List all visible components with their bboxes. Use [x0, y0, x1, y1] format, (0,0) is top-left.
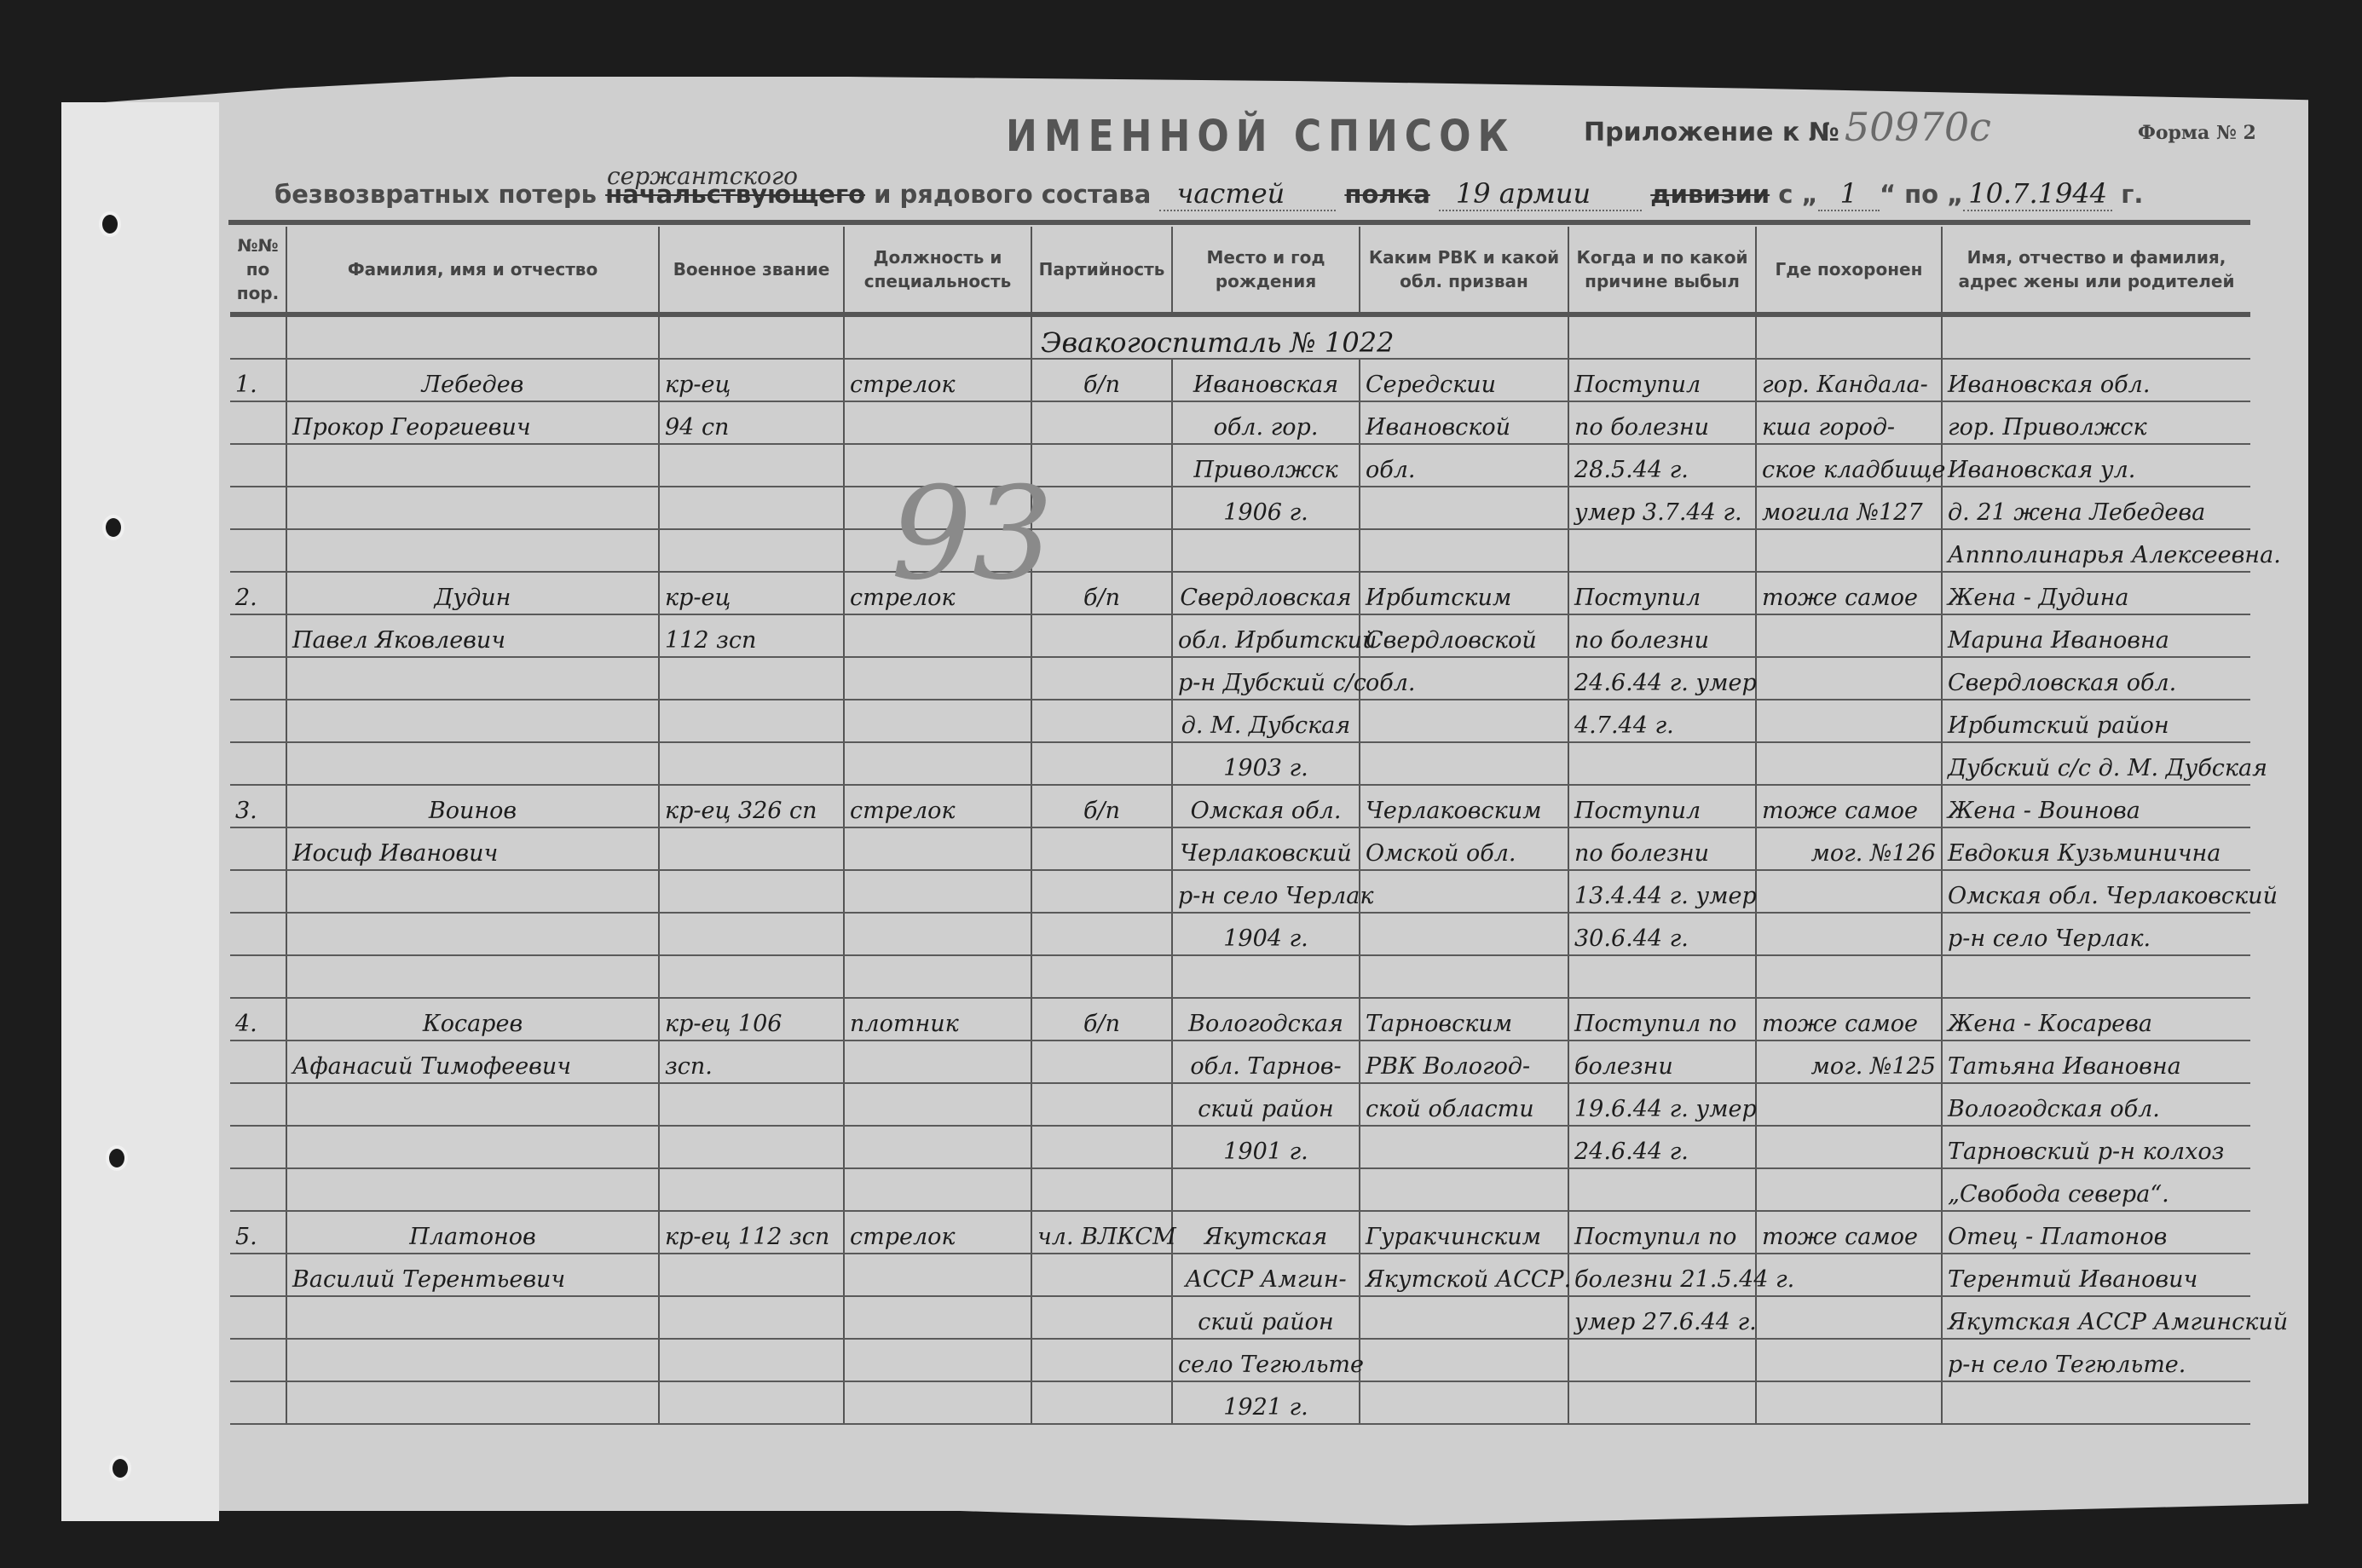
draft-office: [1360, 1381, 1568, 1424]
birth-place: 1901 г.: [1172, 1126, 1360, 1168]
position: [844, 529, 1031, 572]
unit-type: частей: [1159, 177, 1336, 211]
position: стрелок: [844, 1211, 1031, 1254]
table-row-continuation: село Тегюльтер-н село Тегюльте.: [230, 1339, 2250, 1381]
burial-place: мог. №126: [1756, 827, 1942, 870]
burial-place: тоже самое: [1756, 998, 1942, 1041]
punch-hole: [106, 518, 121, 537]
rank: 112 зсп: [659, 614, 844, 657]
draft-office: Омской обл.: [1360, 827, 1568, 870]
relatives: Отец - Платонов: [1942, 1211, 2250, 1254]
given-name: [286, 870, 659, 913]
given-name: [286, 1339, 659, 1381]
position: [844, 1296, 1031, 1339]
position: [844, 870, 1031, 913]
col-header-relatives: Имя, отчество и фамилия, адрес жены или …: [1942, 227, 2250, 314]
burial-place: [1756, 529, 1942, 572]
document-title: ИМЕННОЙ СПИСОК: [1006, 112, 1515, 162]
header-rule: [228, 220, 2250, 225]
burial-place: [1756, 913, 1942, 955]
table-row: 2.Дудинкр-ецстрелокб/пСвердловскаяИрбитс…: [230, 572, 2250, 614]
burial-place: могила №127: [1756, 487, 1942, 529]
given-name: [286, 1296, 659, 1339]
departure-reason: [1568, 955, 1756, 998]
burial-place: [1756, 955, 1942, 998]
row-number: [230, 444, 286, 487]
given-name: [286, 1083, 659, 1126]
given-name: [286, 955, 659, 998]
rank: [659, 529, 844, 572]
relatives: гор. Приволжск: [1942, 401, 2250, 444]
form-number: Форма № 2: [2138, 122, 2256, 144]
party: [1031, 401, 1172, 444]
row-number: [230, 401, 286, 444]
birth-place: р-н село Черлак: [1172, 870, 1360, 913]
rank: [659, 955, 844, 998]
given-name: [286, 487, 659, 529]
relatives: Жена - Воинова: [1942, 785, 2250, 827]
col-header-party: Партийность: [1031, 227, 1172, 314]
draft-office: [1360, 529, 1568, 572]
burial-place: [1756, 742, 1942, 785]
row-number: 1.: [230, 359, 286, 401]
row-number: [230, 827, 286, 870]
table-row-continuation: ский районской области19.6.44 г. умерВол…: [230, 1083, 2250, 1126]
departure-reason: 28.5.44 г.: [1568, 444, 1756, 487]
table-row: 4.Косаревкр-ец 106плотникб/пВологодскаяТ…: [230, 998, 2250, 1041]
party: [1031, 614, 1172, 657]
rank: зсп.: [659, 1041, 844, 1083]
departure-reason: [1568, 529, 1756, 572]
departure-reason: [1568, 1168, 1756, 1211]
party: чл. ВЛКСМ: [1031, 1211, 1172, 1254]
surname: Косарев: [286, 998, 659, 1041]
date-to: 10.7.1944: [1963, 177, 2112, 211]
rank: [659, 827, 844, 870]
draft-office: [1360, 1168, 1568, 1211]
rank: [659, 657, 844, 700]
draft-office: Ивановской: [1360, 401, 1568, 444]
row-number: [230, 1254, 286, 1296]
table-row-continuation: д. М. Дубская4.7.44 г.Ирбитский район: [230, 700, 2250, 742]
draft-office: Черлаковским: [1360, 785, 1568, 827]
departure-reason: Поступил: [1568, 785, 1756, 827]
position: [844, 955, 1031, 998]
departure-reason: 4.7.44 г.: [1568, 700, 1756, 742]
rank: [659, 1083, 844, 1126]
burial-place: [1756, 870, 1942, 913]
draft-office: Гуракчинским: [1360, 1211, 1568, 1254]
departure-reason: [1568, 1339, 1756, 1381]
surname: Воинов: [286, 785, 659, 827]
draft-office: [1360, 913, 1568, 955]
party: [1031, 742, 1172, 785]
appendix-number: 50970с: [1845, 104, 1991, 150]
burial-place: мог. №125: [1756, 1041, 1942, 1083]
burial-place: кша город-: [1756, 401, 1942, 444]
given-name: [286, 444, 659, 487]
draft-office: [1360, 1126, 1568, 1168]
rank: кр-ец 326 сп: [659, 785, 844, 827]
party: [1031, 1126, 1172, 1168]
draft-office: [1360, 870, 1568, 913]
party: б/п: [1031, 785, 1172, 827]
relatives: Вологодская обл.: [1942, 1083, 2250, 1126]
departure-reason: Поступил: [1568, 572, 1756, 614]
relatives: Евдокия Кузьминична: [1942, 827, 2250, 870]
table-row-continuation: 1903 г.Дубский с/с д. М. Дубская: [230, 742, 2250, 785]
col-header-number: №№ по пор.: [230, 227, 286, 314]
party: [1031, 1041, 1172, 1083]
surname: Дудин: [286, 572, 659, 614]
struck-division: дивизии: [1650, 180, 1770, 209]
departure-reason: по болезни: [1568, 401, 1756, 444]
birth-place: Якутская: [1172, 1211, 1360, 1254]
surname: Платонов: [286, 1211, 659, 1254]
relatives: Жена - Косарева: [1942, 998, 2250, 1041]
to-label: “ по „: [1880, 180, 1963, 209]
birth-place: Свердловская: [1172, 572, 1360, 614]
row-number: [230, 487, 286, 529]
position: стрелок: [844, 785, 1031, 827]
burial-place: тоже самое: [1756, 785, 1942, 827]
party: [1031, 827, 1172, 870]
birth-place: обл. гор.: [1172, 401, 1360, 444]
departure-reason: [1568, 1381, 1756, 1424]
table-row-continuation: Прокор Георгиевич94 спобл. гор.Ивановско…: [230, 401, 2250, 444]
draft-office: [1360, 1296, 1568, 1339]
position: [844, 1168, 1031, 1211]
birth-place: Вологодская: [1172, 998, 1360, 1041]
birth-place: 1903 г.: [1172, 742, 1360, 785]
row-number: [230, 614, 286, 657]
given-name: Павел Яковлевич: [286, 614, 659, 657]
rank: кр-ец: [659, 572, 844, 614]
departure-reason: Поступил по: [1568, 998, 1756, 1041]
birth-place: АССР Амгин-: [1172, 1254, 1360, 1296]
relatives: Омская обл. Черлаковский: [1942, 870, 2250, 913]
party: б/п: [1031, 572, 1172, 614]
birth-place: Омская обл.: [1172, 785, 1360, 827]
position: стрелок: [844, 572, 1031, 614]
table-row-continuation: Афанасий Тимофеевичзсп.обл. Тарнов-РВК В…: [230, 1041, 2250, 1083]
burial-place: тоже самое: [1756, 572, 1942, 614]
col-header-buried: Где похоронен: [1756, 227, 1942, 314]
birth-place: [1172, 1168, 1360, 1211]
given-name: [286, 1126, 659, 1168]
departure-reason: 19.6.44 г. умер: [1568, 1083, 1756, 1126]
birth-place: обл. Ирбитский: [1172, 614, 1360, 657]
party: [1031, 1381, 1172, 1424]
birth-place: 1921 г.: [1172, 1381, 1360, 1424]
departure-reason: 13.4.44 г. умер: [1568, 870, 1756, 913]
given-name: Иосиф Иванович: [286, 827, 659, 870]
table-row-continuation: р-н Дубский с/собл.24.6.44 г. умерСвердл…: [230, 657, 2250, 700]
party: [1031, 1254, 1172, 1296]
party: б/п: [1031, 998, 1172, 1041]
year-suffix: г.: [2121, 180, 2143, 209]
table-row-continuation: 1906 г.умер 3.7.44 г.могила №127д. 21 же…: [230, 487, 2250, 529]
relatives: Дубский с/с д. М. Дубская: [1942, 742, 2250, 785]
given-name: [286, 913, 659, 955]
burial-place: [1756, 1296, 1942, 1339]
position: [844, 401, 1031, 444]
row-number: 2.: [230, 572, 286, 614]
rank: [659, 1381, 844, 1424]
relatives: р-н село Черлак.: [1942, 913, 2250, 955]
relatives: Марина Ивановна: [1942, 614, 2250, 657]
row-number: [230, 1339, 286, 1381]
draft-office: [1360, 742, 1568, 785]
position: [844, 1126, 1031, 1168]
party: [1031, 1168, 1172, 1211]
rank: [659, 913, 844, 955]
draft-office: [1360, 955, 1568, 998]
row-number: [230, 700, 286, 742]
given-name: [286, 1381, 659, 1424]
row-number: [230, 1168, 286, 1211]
relatives: д. 21 жена Лебедева: [1942, 487, 2250, 529]
row-number: [230, 657, 286, 700]
position: [844, 657, 1031, 700]
row-number: [230, 1296, 286, 1339]
party: [1031, 870, 1172, 913]
relatives: Тарновский р-н колхоз: [1942, 1126, 2250, 1168]
party: [1031, 1296, 1172, 1339]
relatives: Татьяна Ивановна: [1942, 1041, 2250, 1083]
relatives: Свердловская обл.: [1942, 657, 2250, 700]
departure-reason: болезни 21.5.44 г.: [1568, 1254, 1756, 1296]
relatives: Ивановская обл.: [1942, 359, 2250, 401]
departure-reason: умер 27.6.44 г.: [1568, 1296, 1756, 1339]
birth-place: Ивановская: [1172, 359, 1360, 401]
departure-reason: умер 3.7.44 г.: [1568, 487, 1756, 529]
party: [1031, 1083, 1172, 1126]
row-number: 5.: [230, 1211, 286, 1254]
party: [1031, 529, 1172, 572]
table-row: 5.Платоновкр-ец 112 зспстрелокчл. ВЛКСМЯ…: [230, 1211, 2250, 1254]
given-name: Афанасий Тимофеевич: [286, 1041, 659, 1083]
rank: [659, 487, 844, 529]
draft-office: Середскии: [1360, 359, 1568, 401]
burial-place: [1756, 657, 1942, 700]
draft-office: Ирбитским: [1360, 572, 1568, 614]
position: [844, 742, 1031, 785]
table-row-continuation: 1921 г.: [230, 1381, 2250, 1424]
birth-place: Приволжск: [1172, 444, 1360, 487]
relatives: Терентий Иванович: [1942, 1254, 2250, 1296]
table-row-continuation: Приволжскобл.28.5.44 г.ское кладбищеИван…: [230, 444, 2250, 487]
table-row-continuation: Иосиф ИвановичЧерлаковскийОмской обл.по …: [230, 827, 2250, 870]
position: [844, 700, 1031, 742]
col-header-rvk: Каким РВК и какой обл. призван: [1360, 227, 1568, 314]
position: [844, 1041, 1031, 1083]
col-header-rank: Военное звание: [659, 227, 844, 314]
col-header-reason: Когда и по какой причине выбыл: [1568, 227, 1756, 314]
punch-hole: [109, 1149, 124, 1167]
appendix-label: Приложение к №: [1584, 118, 1839, 147]
appendix-reference: Приложение к №50970с: [1584, 104, 1991, 150]
row-number: [230, 1041, 286, 1083]
row-number: 4.: [230, 998, 286, 1041]
birth-place: д. М. Дубская: [1172, 700, 1360, 742]
table-row: 3.Воиновкр-ец 326 спстрелокб/пОмская обл…: [230, 785, 2250, 827]
row-number: [230, 913, 286, 955]
rank: [659, 870, 844, 913]
rank: [659, 700, 844, 742]
struck-regiment: полка: [1344, 180, 1429, 209]
position: [844, 444, 1031, 487]
birth-place: 1904 г.: [1172, 913, 1360, 955]
party: [1031, 913, 1172, 955]
table-row-continuation: 1904 г.30.6.44 г.р-н село Черлак.: [230, 913, 2250, 955]
subtitle-prefix: безвозвратных потерь: [274, 180, 597, 209]
relatives: р-н село Тегюльте.: [1942, 1339, 2250, 1381]
row-number: [230, 529, 286, 572]
draft-office: ской области: [1360, 1083, 1568, 1126]
departure-reason: 24.6.44 г.: [1568, 1126, 1756, 1168]
rank: [659, 1168, 844, 1211]
relatives: [1942, 1381, 2250, 1424]
relatives: [1942, 955, 2250, 998]
birth-place: Черлаковский: [1172, 827, 1360, 870]
rank: кр-ец 112 зсп: [659, 1211, 844, 1254]
relatives: „Свобода севера“.: [1942, 1168, 2250, 1211]
relatives: Жена - Дудина: [1942, 572, 2250, 614]
burial-place: [1756, 1126, 1942, 1168]
rank: кр-ец: [659, 359, 844, 401]
table-row-continuation: ский районумер 27.6.44 г.Якутская АССР А…: [230, 1296, 2250, 1339]
draft-office: [1360, 1339, 1568, 1381]
table-row-continuation: р-н село Черлак13.4.44 г. умерОмская обл…: [230, 870, 2250, 913]
birth-place: село Тегюльте: [1172, 1339, 1360, 1381]
birth-place: [1172, 955, 1360, 998]
binding-margin: [61, 102, 219, 1521]
rank: [659, 1126, 844, 1168]
departure-reason: [1568, 742, 1756, 785]
given-name: [286, 1168, 659, 1211]
hospital-label: Эвакогоспиталь № 1022: [1031, 314, 1568, 359]
draft-office: [1360, 487, 1568, 529]
table-header-row: №№ по пор. Фамилия, имя и отчество Военн…: [230, 227, 2250, 314]
table-row-continuation: Аппполинарья Алексеевна.: [230, 529, 2250, 572]
draft-office: Тарновским: [1360, 998, 1568, 1041]
birth-place: ский район: [1172, 1296, 1360, 1339]
rank: [659, 742, 844, 785]
departure-reason: 30.6.44 г.: [1568, 913, 1756, 955]
draft-office: [1360, 700, 1568, 742]
departure-reason: 24.6.44 г. умер: [1568, 657, 1756, 700]
party: б/п: [1031, 359, 1172, 401]
row-number: [230, 1083, 286, 1126]
surname: Лебедев: [286, 359, 659, 401]
birth-place: [1172, 529, 1360, 572]
departure-reason: Поступил: [1568, 359, 1756, 401]
position: стрелок: [844, 359, 1031, 401]
table-row-continuation: „Свобода севера“.: [230, 1168, 2250, 1211]
position: [844, 614, 1031, 657]
party: [1031, 955, 1172, 998]
rank: [659, 444, 844, 487]
position: [844, 1381, 1031, 1424]
rank: кр-ец 106: [659, 998, 844, 1041]
date-from: 1: [1818, 177, 1880, 211]
party: [1031, 700, 1172, 742]
burial-place: [1756, 700, 1942, 742]
given-name: [286, 700, 659, 742]
position: [844, 487, 1031, 529]
col-header-birth: Место и год рождения: [1172, 227, 1360, 314]
punch-hole: [102, 215, 118, 233]
position: [844, 913, 1031, 955]
draft-office: обл.: [1360, 657, 1568, 700]
row-number: [230, 742, 286, 785]
relatives: Якутская АССР Амгинский: [1942, 1296, 2250, 1339]
draft-office: Свердловской: [1360, 614, 1568, 657]
rank: [659, 1339, 844, 1381]
position: [844, 827, 1031, 870]
departure-reason: Поступил по: [1568, 1211, 1756, 1254]
relatives: Ивановская ул.: [1942, 444, 2250, 487]
document-subtitle: безвозвратных потерь начальствующего и р…: [274, 177, 2261, 210]
birth-place: ский район: [1172, 1083, 1360, 1126]
burial-place: [1756, 614, 1942, 657]
col-header-position: Должность и специальность: [844, 227, 1031, 314]
given-name: [286, 657, 659, 700]
given-name: Прокор Георгиевич: [286, 401, 659, 444]
position: плотник: [844, 998, 1031, 1041]
row-number: [230, 1126, 286, 1168]
rank: [659, 1296, 844, 1339]
position: [844, 1083, 1031, 1126]
rank: 94 сп: [659, 401, 844, 444]
table-row-continuation: [230, 955, 2250, 998]
given-name: [286, 742, 659, 785]
burial-place: [1756, 1339, 1942, 1381]
punch-hole: [113, 1459, 128, 1478]
table-row-continuation: 1901 г.24.6.44 г.Тарновский р-н колхоз: [230, 1126, 2250, 1168]
party: [1031, 657, 1172, 700]
party: [1031, 1339, 1172, 1381]
row-number: [230, 1381, 286, 1424]
draft-office: обл.: [1360, 444, 1568, 487]
draft-office: Якутской АССР.: [1360, 1254, 1568, 1296]
table-row-continuation: Василий ТерентьевичАССР Амгин-Якутской А…: [230, 1254, 2250, 1296]
departure-reason: по болезни: [1568, 614, 1756, 657]
section-row: Эвакогоспиталь № 1022: [230, 314, 2250, 359]
birth-place: 1906 г.: [1172, 487, 1360, 529]
from-label: с „: [1778, 180, 1817, 209]
birth-place: обл. Тарнов-: [1172, 1041, 1360, 1083]
burial-place: [1756, 1381, 1942, 1424]
col-header-name: Фамилия, имя и отчество: [286, 227, 659, 314]
row-number: [230, 955, 286, 998]
losses-table: №№ по пор. Фамилия, имя и отчество Военн…: [230, 227, 2250, 1425]
party: [1031, 487, 1172, 529]
given-name: Василий Терентьевич: [286, 1254, 659, 1296]
relatives: Аппполинарья Алексеевна.: [1942, 529, 2250, 572]
rank: [659, 1254, 844, 1296]
position: [844, 1254, 1031, 1296]
subtitle-mid: и рядового состава: [874, 180, 1151, 209]
departure-reason: болезни: [1568, 1041, 1756, 1083]
row-number: 3.: [230, 785, 286, 827]
burial-place: [1756, 1083, 1942, 1126]
burial-place: [1756, 1168, 1942, 1211]
birth-place: р-н Дубский с/с: [1172, 657, 1360, 700]
row-number: [230, 870, 286, 913]
given-name: [286, 529, 659, 572]
